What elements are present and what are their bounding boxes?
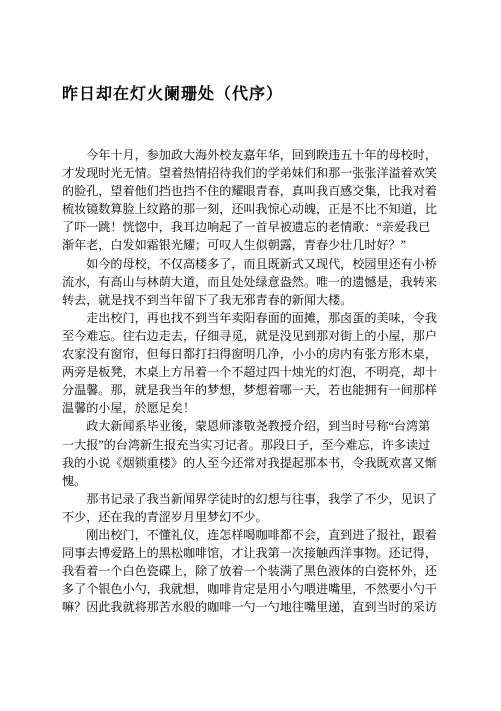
text-line: 温馨的小屋，於愿足矣！ — [62, 399, 440, 417]
paragraph: 刚出校门，不懂礼仪，连怎样喝咖啡都不会，直到进了报社，跟着同事去博爱路上的黑松咖… — [62, 526, 440, 616]
text-line: 多了个银色小勺，我就想，咖啡肯定是用小勺喂进嘴里，不然要小勺干 — [62, 580, 440, 598]
text-line: 一大报”的台湾新生报充当实习记者。那段日子，至今难忘，许多读过 — [62, 436, 440, 454]
text-line: 愧。 — [62, 472, 440, 490]
paragraph: 如今的母校，不仅高楼多了，而且既新式又现代，校园里还有小桥流水，有高山与林荫大道… — [62, 255, 440, 309]
text-line: 走出校门，再也找不到当年卖阳春面的面摊，那卤蛋的美味，令我 — [62, 309, 440, 327]
text-line: 农家没有窗帘，但每日都打扫得窗明几净，小小的房内有张方形木桌， — [62, 345, 440, 363]
paragraph: 政大新闻系毕业後，蒙恩师漆敬尧教授介绍，到当时号称“台湾第一大报”的台湾新生报充… — [62, 417, 440, 489]
text-line: 的脸孔，望着他们挡也挡不住的耀眼青春，真叫我百感交集，比我对着 — [62, 182, 440, 200]
paragraph: 那书记录了我当新闻界学徒时的幻想与往事，我学了不少，见识了不少，还在我的青涩岁月… — [62, 490, 440, 526]
text-line: 梳妆镜数算脸上纹路的那一刻，还叫我惊心动魄，正是不比不知道，比 — [62, 200, 440, 218]
text-line: 流水，有高山与林荫大道，而且处处绿意盎然。唯一的遗憾是，我转来 — [62, 273, 440, 291]
document-page: 昨日却在灯火阑珊处（代序） 今年十月，参加政大海外校友嘉年华，回到睽违五十年的母… — [0, 0, 501, 711]
text-line: 我看着一个白色瓷碟上，除了放着一个装满了黑色液体的白瓷杯外，还 — [62, 562, 440, 580]
text-line: 今年十月，参加政大海外校友嘉年华，回到睽违五十年的母校时， — [62, 146, 440, 164]
text-line: 分温馨。那，就是我当年的梦想，梦想着哪一天，若也能拥有一间那样 — [62, 381, 440, 399]
text-line: 才发现时光无情。望着热情招待我们的学弟妹们和那一张张洋溢着欢笑 — [62, 164, 440, 182]
text-line: 如今的母校，不仅高楼多了，而且既新式又现代，校园里还有小桥 — [62, 255, 440, 273]
text-line: 同事去博爱路上的黑松咖啡馆，才让我第一次接触西洋事物。还记得， — [62, 544, 440, 562]
text-line: 不少，还在我的青涩岁月里梦幻不少。 — [62, 508, 440, 526]
text-line: 政大新闻系毕业後，蒙恩师漆敬尧教授介绍，到当时号称“台湾第 — [62, 417, 440, 435]
text-line: 那书记录了我当新闻界学徒时的幻想与往事，我学了不少，见识了 — [62, 490, 440, 508]
text-line: 了吓一跳！恍惚中，我耳边响起了一首早被遗忘的老情歌：“亲爱我已 — [62, 218, 440, 236]
paragraph: 今年十月，参加政大海外校友嘉年华，回到睽违五十年的母校时，才发现时光无情。望着热… — [62, 146, 440, 255]
paragraph: 走出校门，再也找不到当年卖阳春面的面摊，那卤蛋的美味，令我至今难忘。往右边走去，… — [62, 309, 440, 418]
text-line: 转去，就是找不到当年留下了我无邪青春的新闻大楼。 — [62, 291, 440, 309]
text-line: 渐年老，白发如霜银光耀；可叹人生似朝露，青春少壮几时好？” — [62, 236, 440, 254]
body-text: 今年十月，参加政大海外校友嘉年华，回到睽违五十年的母校时，才发现时光无情。望着热… — [62, 146, 440, 616]
text-line: 两旁是板凳，木桌上方吊着一个不超过四十烛光的灯泡，不明亮，却十 — [62, 363, 440, 381]
text-line: 嘛？因此我就将那苦水般的咖啡一勺一勺地往嘴里递，直到当时的采访 — [62, 598, 440, 616]
text-line: 至今难忘。往右边走去，仔细寻觅，就是没见到那对街上的小屋，那户 — [62, 327, 440, 345]
text-line: 我的小说《烟锁重楼》的人至今还常对我提起那本书，令我既欢喜又惭 — [62, 454, 440, 472]
page-title: 昨日却在灯火阑珊处（代序） — [62, 84, 283, 106]
text-line: 刚出校门，不懂礼仪，连怎样喝咖啡都不会，直到进了报社，跟着 — [62, 526, 440, 544]
